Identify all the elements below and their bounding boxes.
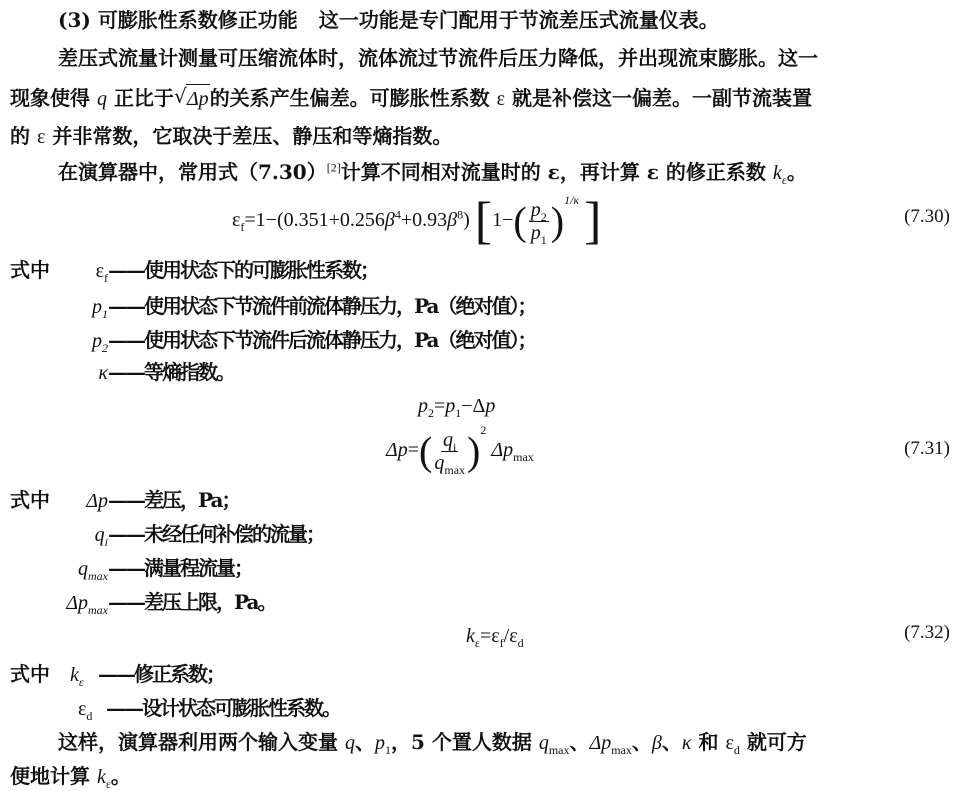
- equation-number: (7.30): [904, 206, 950, 228]
- paragraph-1-line-2: 现象使得 q 正比于Δp的关系产生偏差。可膨胀性系数 ε 就是补偿这一偏差。一副…: [10, 84, 812, 113]
- definition: ——差压，Pa；: [108, 488, 239, 512]
- definition: ——使用状态下的可膨胀性系数；: [108, 258, 378, 282]
- text: 便地计算: [10, 764, 90, 788]
- text: 、: [570, 730, 590, 754]
- definition: ——满量程流量；: [108, 556, 252, 580]
- where-item: κ——等熵指数。: [70, 358, 234, 387]
- fraction-qi-qmax: qiqmax: [434, 429, 465, 474]
- sub: max: [513, 450, 534, 464]
- text: 、: [355, 730, 375, 754]
- var-k: k: [773, 162, 782, 184]
- symbol: q: [78, 558, 88, 580]
- delta-p: Δp: [590, 732, 612, 754]
- delta-p: Δp: [491, 439, 513, 461]
- text: 的关系产生偏差。可膨胀性系数: [210, 86, 490, 110]
- text: 差压式流量计测量可压缩流体时，流体流过节流件后压力降低，并出现流束膨胀。这一: [58, 46, 818, 70]
- definition: ——差压上限，Pa。: [108, 590, 275, 614]
- radicand: Δp: [186, 84, 210, 113]
- text: 。: [787, 160, 807, 184]
- definition: ——未经任何补偿的流量；: [108, 522, 324, 546]
- var-k: k: [466, 625, 475, 647]
- text: 就是补偿这一偏差。一副节流装置: [512, 86, 812, 110]
- sub: d: [518, 636, 524, 650]
- definition: ——使用状态下节流件前流体静压力，Pa（绝对值）；: [108, 294, 535, 318]
- epsilon: ε: [725, 732, 733, 754]
- symbol: κ: [98, 362, 108, 384]
- var-p: p: [418, 395, 428, 417]
- symbol: Δp: [86, 490, 108, 512]
- where-label: 式中: [10, 486, 50, 514]
- epsilon: ε: [509, 625, 517, 647]
- paragraph-1-line-3: 的 ε 并非常数，它取决于差压、静压和等熵指数。: [10, 122, 452, 151]
- heading-number: (3): [58, 8, 91, 32]
- section-heading: (3) 可膨胀性系数修正功能 这一功能是专门配用于节流差压式流量仪表。: [58, 6, 719, 34]
- symbol: Δp: [66, 592, 88, 614]
- paragraph-1-line-1: 差压式流量计测量可压缩流体时，流体流过节流件后压力降低，并出现流束膨胀。这一: [58, 44, 818, 72]
- var-epsilon: ε: [497, 88, 505, 110]
- text: ，5 个置人数据: [391, 730, 532, 754]
- sqrt-delta-p: Δp: [174, 84, 210, 113]
- var-beta: β: [385, 209, 395, 231]
- definition: ——设计状态可膨胀性系数。: [106, 696, 340, 720]
- var-beta: β: [652, 732, 662, 754]
- definition: ——等熵指数。: [108, 360, 234, 384]
- citation-ref: [2]: [327, 160, 341, 174]
- where-item: p1——使用状态下节流件前流体静压力，Pa（绝对值）；: [70, 292, 535, 321]
- exponent: 2: [480, 423, 486, 437]
- symbol: q: [95, 524, 105, 546]
- epsilon: ε: [491, 625, 499, 647]
- expr: −Δ: [461, 395, 485, 417]
- sub: max: [444, 463, 465, 477]
- equation-7-32: kε=εf/εd: [466, 622, 524, 650]
- var-p: p: [531, 199, 541, 221]
- heading-title: 可膨胀性系数修正功能: [98, 8, 298, 32]
- heading-rest: 这一功能是专门配用于节流差压式流量仪表。: [319, 8, 719, 32]
- var-q: q: [97, 88, 107, 110]
- where-item: p2——使用状态下节流件后流体静压力，Pa（绝对值）；: [70, 326, 535, 355]
- left-paren: (: [419, 428, 432, 473]
- where-item: εf——使用状态下的可膨胀性系数；: [70, 256, 378, 285]
- text: 并非常数，它取决于差压、静压和等熵指数。: [52, 124, 452, 148]
- sub: max: [88, 569, 108, 583]
- equals: =: [408, 439, 419, 461]
- sub: max: [88, 603, 108, 617]
- equation-number: (7.32): [904, 622, 950, 644]
- text: 。: [111, 764, 131, 788]
- text: 的: [10, 124, 30, 148]
- right-paren: ): [551, 198, 564, 243]
- var-p: p: [485, 395, 495, 417]
- text: 就可方: [747, 730, 807, 754]
- text: 、: [662, 730, 682, 754]
- symbol: p: [92, 330, 102, 352]
- paragraph-3-line-1: 这样，演算器利用两个输入变量 q、p1，5 个置人数据 qmax、Δpmax、β…: [58, 728, 807, 757]
- text: 正比于: [114, 86, 174, 110]
- text: 和: [698, 730, 718, 754]
- var-beta: β: [447, 209, 457, 231]
- sub: ε: [79, 675, 84, 689]
- where-item: Δpmax——差压上限，Pa。: [48, 588, 275, 617]
- var-q: q: [434, 452, 444, 474]
- where-item: kε——修正系数；: [70, 660, 224, 689]
- symbol: ε: [96, 260, 104, 282]
- left-paren: (: [513, 198, 526, 243]
- where-label: 式中: [10, 256, 50, 284]
- equation-7-31: Δp=(qiqmax)2 Δpmax: [386, 424, 534, 476]
- var-p: p: [375, 732, 385, 754]
- var-k: k: [97, 766, 106, 788]
- definition: ——使用状态下节流件后流体静压力，Pa（绝对值）；: [108, 328, 535, 352]
- text: 现象使得: [10, 86, 90, 110]
- symbol: k: [70, 664, 79, 686]
- text: 、: [632, 730, 652, 754]
- where-item: Δp——差压，Pa；: [48, 486, 239, 515]
- expr: +0.93: [401, 209, 447, 231]
- sub: d: [734, 743, 740, 757]
- equation-7-30: εf=1−(0.351+0.256β4+0.93β8) [1−(p2p1)1/κ…: [232, 192, 601, 248]
- sub: d: [86, 709, 92, 723]
- var-p: p: [531, 222, 541, 244]
- var-kappa: κ: [682, 732, 692, 754]
- symbol: p: [92, 296, 102, 318]
- definition: ——修正系数；: [98, 662, 224, 686]
- delta-p: Δp: [386, 439, 408, 461]
- text: 计算不同相对流量时的 ε，再计算 ε 的修正系数: [341, 160, 766, 184]
- paragraph-3-line-2: 便地计算 kε。: [10, 762, 131, 791]
- right-bracket: ]: [584, 192, 601, 249]
- text: 在演算器中，常用式（7.30）: [58, 160, 327, 184]
- left-bracket: [: [475, 192, 492, 249]
- var-q: q: [345, 732, 355, 754]
- where-label: 式中: [10, 660, 50, 688]
- where-item: εd——设计状态可膨胀性系数。: [78, 694, 340, 723]
- sub: 1: [541, 233, 547, 247]
- right-paren: ): [467, 428, 480, 473]
- sub: max: [549, 743, 570, 757]
- where-item: qmax——满量程流量；: [48, 554, 252, 583]
- expr: 1−: [492, 209, 513, 231]
- exponent: 1/κ: [564, 193, 579, 207]
- equals: =: [434, 395, 445, 417]
- var-q: q: [443, 429, 453, 451]
- var-p: p: [445, 395, 455, 417]
- fraction-p2-p1: p2p1: [529, 199, 549, 244]
- equation-p2: p2=p1−Δp: [418, 392, 495, 420]
- text: 这样，演算器利用两个输入变量: [58, 730, 338, 754]
- where-item: qi——未经任何补偿的流量；: [48, 520, 324, 549]
- paragraph-2: 在演算器中，常用式（7.30）[2]计算不同相对流量时的 ε，再计算 ε 的修正…: [58, 158, 807, 187]
- equals: =: [480, 625, 491, 647]
- expr: ): [463, 209, 470, 231]
- equation-number: (7.31): [904, 438, 950, 460]
- var-q: q: [539, 732, 549, 754]
- sub: max: [611, 743, 632, 757]
- var-epsilon: ε: [37, 126, 45, 148]
- expr: =1−(0.351+0.256: [244, 209, 385, 231]
